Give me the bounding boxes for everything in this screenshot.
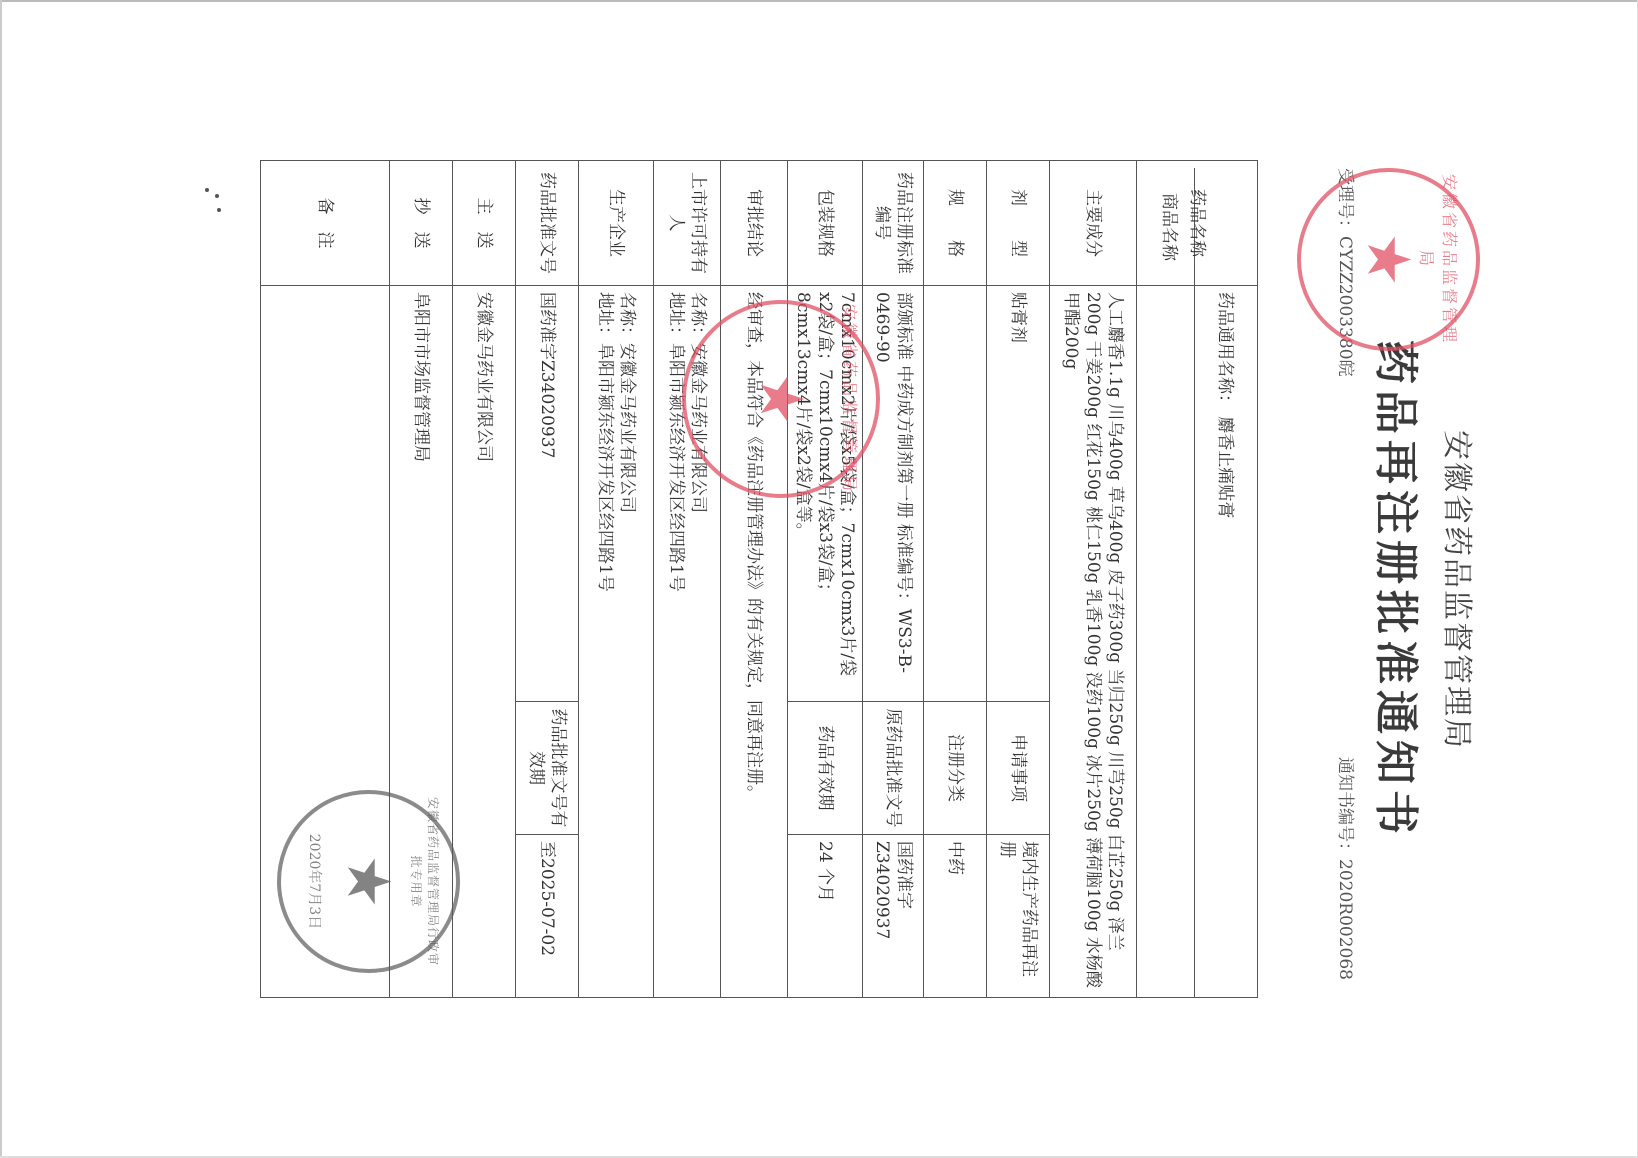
original-approval-no-value: 国药准字Z34020937 [863, 835, 924, 998]
conclusion-value: 经审查，本品符合《药品注册管理办法》的有关规定，同意再注册。 [720, 286, 787, 998]
manufacturer-address: 阜阳市颍东经济开发区经四路1号 [595, 343, 615, 592]
remarks-label: 备 注 [260, 161, 389, 286]
packaging-value: 7cmx10cmx2片/袋x5袋/盒；7cmx10cmx3片/袋x2袋/盒；7c… [787, 286, 862, 702]
mah-address-label: 地址： [666, 292, 686, 343]
registration-class-label: 注册分类 [924, 702, 987, 835]
shelf-life-value: 24 个月 [787, 835, 862, 998]
approval-form-table: 药品名称 药品通用名称： 麝香止痛贴膏 商品名称 主要成分 人工麝香1.1g 川… [260, 160, 1258, 998]
original-approval-no-label: 原药品批准文号 [863, 702, 924, 835]
specification-value [924, 286, 987, 702]
mah-label: 上市许可持有人 [653, 161, 720, 286]
document-title: 药品再注册批准通知书 [1368, 160, 1432, 1020]
standard-no-label: 药品注册标准编号 [863, 161, 924, 286]
send-to-label: 主 送 [452, 161, 515, 286]
scan-edge [0, 0, 1638, 2]
ingredients-value: 人工麝香1.1g 川乌400g 草乌400g 皮子药300g 当归250g 川芎… [1050, 286, 1137, 998]
agency-name: 安徽省药品监督管理局 [1438, 160, 1482, 1020]
cc-label: 抄 送 [389, 161, 452, 286]
table-row: 上市许可持有人 名称：安徽金马药业有限公司 地址：阜阳市颍东经济开发区经四路1号 [653, 161, 720, 998]
generic-name-label: 药品通用名称： [1215, 292, 1235, 411]
table-row: 药品批准文号 国药准字Z34020937 药品批准文号有效期 至2025-07-… [515, 161, 578, 998]
scan-edge [0, 0, 2, 1158]
scan-specks [205, 188, 225, 218]
table-row: 药品注册标准编号 部颁标准 中药成方制剂第一册 标准编号：WS3-B-0469-… [863, 161, 924, 998]
standard-no-value: 部颁标准 中药成方制剂第一册 标准编号：WS3-B-0469-90 [863, 286, 924, 702]
cc-value: 阜阳市市场监督管理局 [389, 286, 452, 998]
notice-number-value: 2020R002068 [1335, 859, 1355, 980]
application-item-value: 境内生产药品再注册 [987, 835, 1050, 998]
mah-value: 名称：安徽金马药业有限公司 地址：阜阳市颍东经济开发区经四路1号 [653, 286, 720, 998]
mah-name: 安徽金马药业有限公司 [688, 343, 708, 513]
table-row: 备 注 [260, 161, 389, 998]
notice-number: 通知书编号：2020R002068 [1335, 757, 1360, 980]
table-row: 主 送 安徽金马药业有限公司 [452, 161, 515, 998]
approval-validity-label: 药品批准文号有效期 [515, 702, 578, 835]
acceptance-number-value: CYZZ2003380皖 [1335, 236, 1355, 377]
mah-address: 阜阳市颍东经济开发区经四路1号 [666, 343, 686, 592]
acceptance-number-label: 受理号： [1335, 168, 1355, 236]
manufacturer-name-label: 名称： [617, 292, 637, 343]
table-row: 包装规格 7cmx10cmx2片/袋x5袋/盒；7cmx10cmx3片/袋x2袋… [787, 161, 862, 998]
dosage-form-value: 贴膏剂 [987, 286, 1050, 702]
table-row: 审批结论 经审查，本品符合《药品注册管理办法》的有关规定，同意再注册。 [720, 161, 787, 998]
ingredients-label: 主要成分 [1050, 161, 1137, 286]
approval-no-label: 药品批准文号 [515, 161, 578, 286]
drug-name-label: 药品名称 [1137, 161, 1258, 286]
manufacturer-label: 生产企业 [578, 161, 653, 286]
table-row: 规 格 注册分类 中药 [924, 161, 987, 998]
application-item-label: 申请事项 [987, 702, 1050, 835]
document-header: 安徽省药品监督管理局 药品再注册批准通知书 受理号：CYZZ2003380皖 通… [1260, 160, 1510, 1020]
remarks-value [260, 286, 389, 998]
dosage-form-label: 剂 型 [987, 161, 1050, 286]
drug-name-value: 药品通用名称： 麝香止痛贴膏 商品名称 [1137, 286, 1258, 998]
manufacturer-value: 名称：安徽金马药业有限公司 地址：阜阳市颍东经济开发区经四路1号 [578, 286, 653, 998]
manufacturer-name: 安徽金马药业有限公司 [617, 343, 637, 513]
manufacturer-address-label: 地址： [595, 292, 615, 343]
send-to-value: 安徽金马药业有限公司 [452, 286, 515, 998]
table-row: 生产企业 名称：安徽金马药业有限公司 地址：阜阳市颍东经济开发区经四路1号 [578, 161, 653, 998]
document-page: 安徽省药品监督管理局 药品再注册批准通知书 受理号：CYZZ2003380皖 通… [300, 160, 1510, 1020]
trade-name-value [1158, 286, 1180, 298]
approval-validity-value: 至2025-07-02 [515, 835, 578, 998]
specification-label: 规 格 [924, 161, 987, 286]
table-row: 抄 送 阜阳市市场监督管理局 [389, 161, 452, 998]
trade-name-label: 商品名称 [1158, 168, 1180, 286]
generic-name-value: 麝香止痛贴膏 [1215, 416, 1235, 518]
table-row: 主要成分 人工麝香1.1g 川乌400g 草乌400g 皮子药300g 当归25… [1050, 161, 1137, 998]
shelf-life-label: 药品有效期 [787, 702, 862, 835]
acceptance-number: 受理号：CYZZ2003380皖 [1335, 168, 1360, 377]
packaging-label: 包装规格 [787, 161, 862, 286]
approval-no-value: 国药准字Z34020937 [515, 286, 578, 702]
registration-class-value: 中药 [924, 835, 987, 998]
table-row: 药品名称 药品通用名称： 麝香止痛贴膏 商品名称 [1137, 161, 1258, 998]
notice-number-label: 通知书编号： [1335, 757, 1355, 859]
table-row: 剂 型 贴膏剂 申请事项 境内生产药品再注册 [987, 161, 1050, 998]
mah-name-label: 名称： [688, 292, 708, 343]
conclusion-label: 审批结论 [720, 161, 787, 286]
